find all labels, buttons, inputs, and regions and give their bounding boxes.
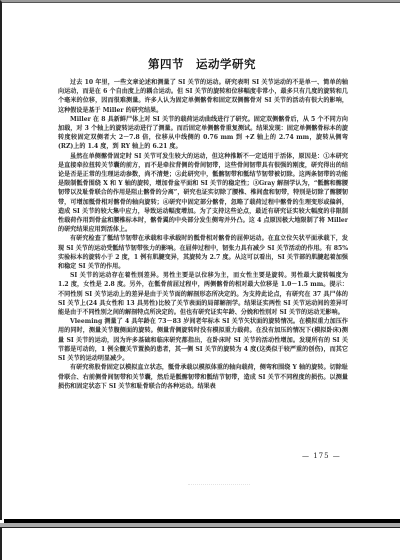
page-top-border [2,2,400,3]
paragraph-1: 过去 10 年里，一些文章论述和测量了 SI 关节的运动。研究表明 SI 关节运… [58,78,348,115]
document-page: 第四节运动学研究 过去 10 年里，一些文章论述和测量了 SI 关节的运动。研究… [0,0,400,520]
section-number: 第四节 [148,57,184,71]
paragraph-7: 有研究将股骨固定以模拟直立状态，骶骨承载以模拟体重的轴向载荷，侧弯和围绕 Y 轴… [58,363,348,391]
section-title: 运动学研究 [196,57,256,71]
section-heading: 第四节运动学研究 [2,56,400,72]
paragraph-5: SI 关节的运动存在着性别差异。男性主要是以位移为主，而女性主要是旋转。男性最大… [58,271,348,317]
paragraph-6: Vleeming 测量了 4 具年龄在 73－83 岁间老年标本 SI 关节矢状… [58,317,348,363]
page-number: — 175 — [302,452,341,460]
next-page-edge [0,527,400,560]
body-text: 过去 10 年里，一些文章论述和测量了 SI 关节的运动。研究表明 SI 关节运… [58,78,348,391]
paragraph-4: 有研究检查了骶结节韧带在承载和非承载时的骶骨相对髂骨的屈伸运动。在直立位矢状平面… [58,234,348,271]
paragraph-3: 虽然在单侧髂骨固定时 SI 关节可发生较大的运动，但这种推断不一定适用于活体，原… [58,152,348,235]
paragraph-2: Miller 在 8 具新鲜尸体上对 SI 关节的载荷运动曲线进行了研究。固定双… [58,115,348,152]
scan-artifact [188,484,250,487]
